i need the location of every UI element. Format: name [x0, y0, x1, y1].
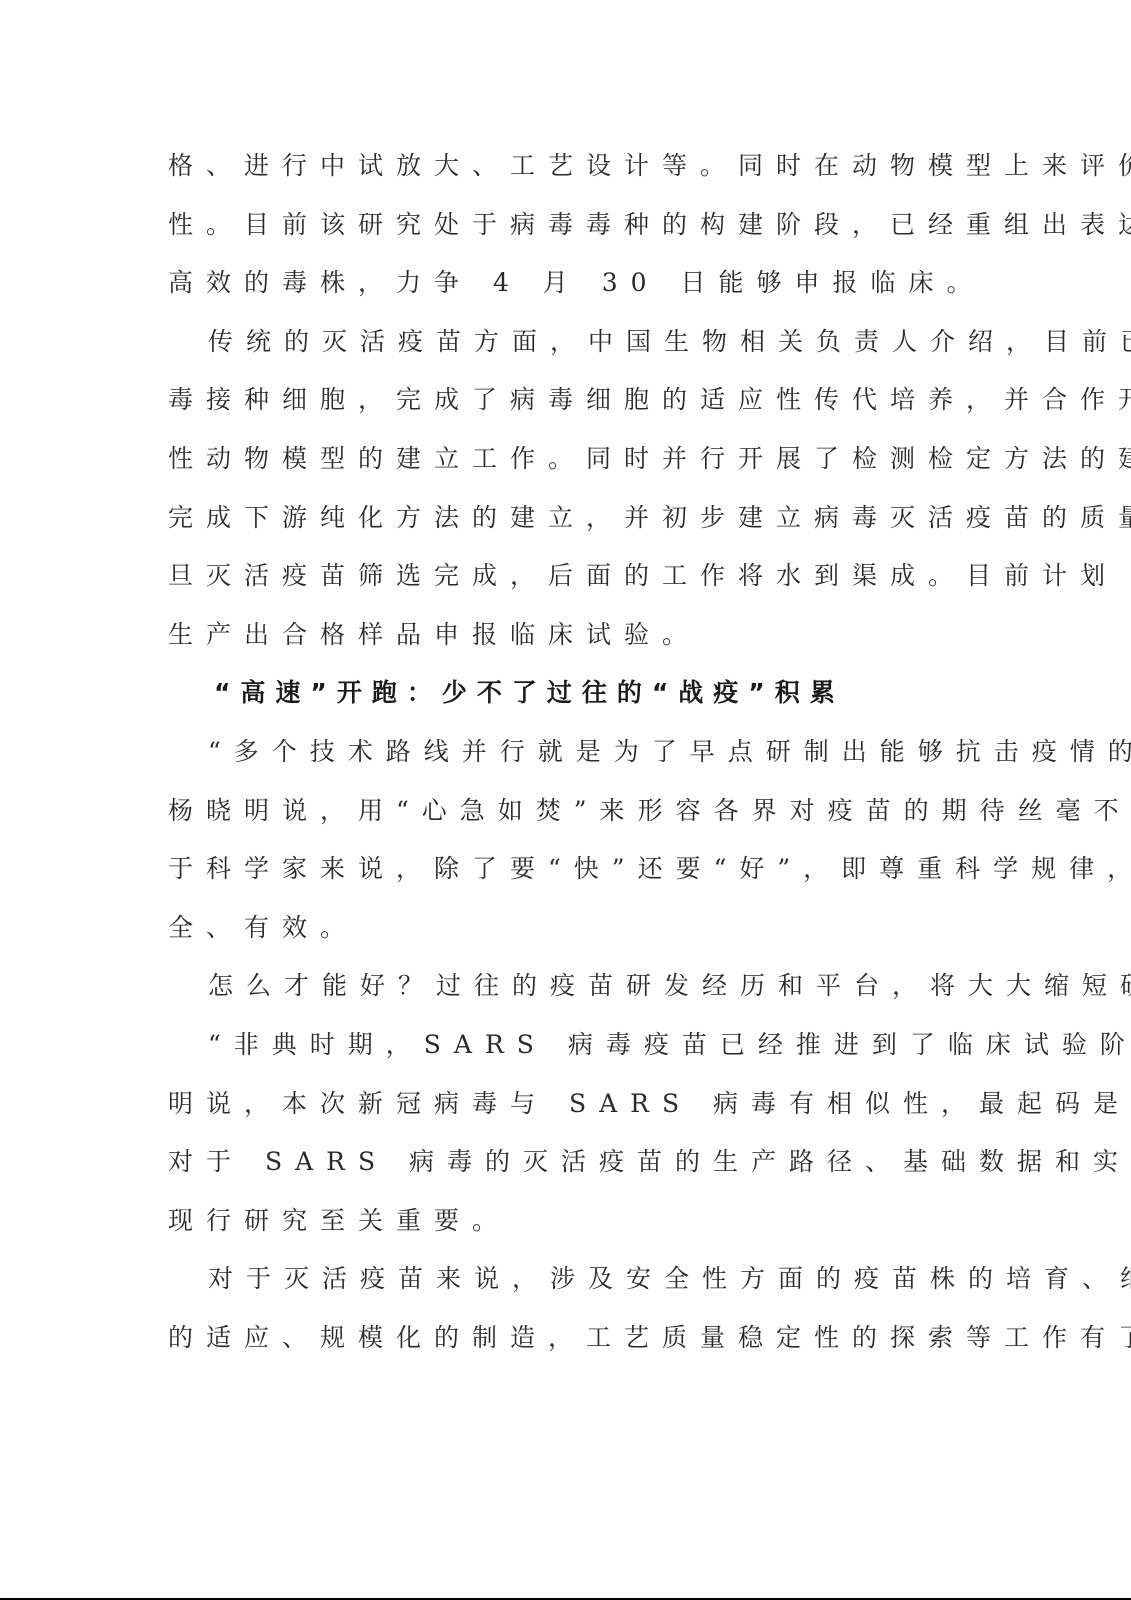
text-line: 性动物模型的建立工作。同时并行开展了检测检定方法的建立工作，	[168, 430, 948, 489]
text-line: 对于 SARS 病毒的灭活疫苗的生产路径、基础数据和实践经验，对于	[168, 1133, 948, 1192]
paragraph-start-line: “非典时期，SARS 病毒疫苗已经推进到了临床试验阶段。”杨晓	[168, 1016, 948, 1075]
text-line: 明说，本次新冠病毒与 SARS 病毒有相似性，最起码是同类的，因此	[168, 1075, 948, 1134]
text-line: 旦灭活疫苗筛选完成，后面的工作将水到渠成。目前计划 9 月中下旬	[168, 547, 948, 606]
text-line: 完成下游纯化方法的建立，并初步建立病毒灭活疫苗的质量标准，一	[168, 489, 948, 548]
text-line: 格、进行中试放大、工艺设计等。同时在动物模型上来评价动物保护	[168, 137, 948, 196]
text-line: 于科学家来说，除了要“快”还要“好”，即尊重科学规律，实现安	[168, 840, 948, 899]
paragraph-start-line: 传统的灭活疫苗方面，中国生物相关负责人介绍，目前已完成病	[168, 313, 948, 372]
text-line: 毒接种细胞，完成了病毒细胞的适应性传代培养，并合作开展了感染	[168, 371, 948, 430]
text-line: 高效的毒株，力争 4 月 30 日能够申报临床。	[168, 254, 948, 313]
document-body: 格、进行中试放大、工艺设计等。同时在动物模型上来评价动物保护 性。目前该研究处于…	[168, 137, 948, 1367]
text-line: 性。目前该研究处于病毒毒种的构建阶段，已经重组出表达抗原能力	[168, 196, 948, 255]
text-line: 杨晓明说，用“心急如焚”来形容各界对疫苗的期待丝毫不过，但对	[168, 782, 948, 841]
document-page: 格、进行中试放大、工艺设计等。同时在动物模型上来评价动物保护 性。目前该研究处于…	[0, 0, 1131, 1598]
paragraph-start-line: 对于灭活疫苗来说，涉及安全性方面的疫苗株的培育、细胞基质	[168, 1250, 948, 1309]
text-line: 全、有效。	[168, 899, 948, 958]
paragraph-start-line: “多个技术路线并行就是为了早点研制出能够抗击疫情的疫苗。”	[168, 723, 948, 782]
section-heading: “高速”开跑：少不了过往的“战疫”积累	[168, 664, 948, 723]
text-line: 现行研究至关重要。	[168, 1192, 948, 1251]
paragraph-start-line: 怎么才能好？过往的疫苗研发经历和平台，将大大缩短研发时间。	[168, 957, 948, 1016]
text-line: 生产出合格样品申报临床试验。	[168, 606, 948, 665]
text-line: 的适应、规模化的制造，工艺质量稳定性的探索等工作有了初步的方	[168, 1309, 948, 1368]
